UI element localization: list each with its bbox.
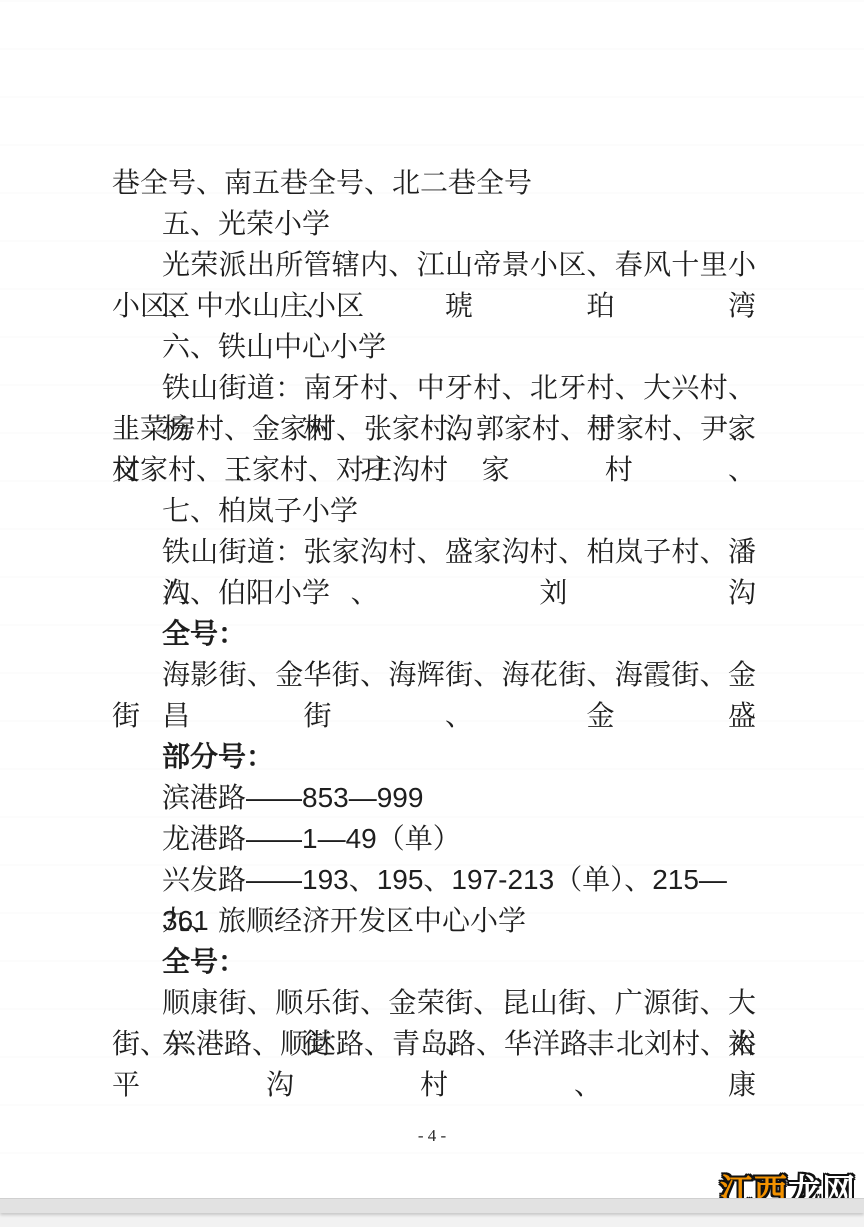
page-number: - 4 - (0, 1126, 864, 1146)
text-line: 铁山街道：张家沟村、盛家沟村、柏岚子村、潘沟、刘沟 (112, 531, 756, 572)
text-line: 海影街、金华街、海辉街、海花街、海霞街、金昌街、金盛 (112, 654, 756, 695)
text-line: 韭菜房村、金家村、张家村、郭家村、于家村、尹家村、刁家村、 (112, 408, 756, 449)
text-line: 铁山街道：南牙村、中牙村、北牙村、大兴村、杨树沟村、 (112, 367, 756, 408)
page-bottom-edge (0, 1198, 864, 1213)
document-body: 巷全号、南五巷全号、北二巷全号五、光荣小学光荣派出所管辖内、江山帝景小区、春风十… (112, 162, 756, 1064)
text-line: 全号： (112, 941, 756, 982)
text-line: 光荣派出所管辖内、江山帝景小区、春风十里小区、琥珀湾 (112, 244, 756, 285)
text-line: 五、光荣小学 (112, 203, 756, 244)
text-line: 顺康街、顺乐街、金荣街、昆山街、广源街、大东街、丰裕 (112, 982, 756, 1023)
text-line: 街、兴港路、顺达路、青岛路、华洋路、北刘村、太平沟村、康 (112, 1023, 756, 1064)
text-line: 滨港路——853—999 (112, 777, 756, 818)
text-line: 七、柏岚子小学 (112, 490, 756, 531)
text-line: 兴发路——193、195、197-213（单）、215—361 (112, 859, 756, 900)
text-line: 六、铁山中心小学 (112, 326, 756, 367)
text-line: 龙港路——1—49（单） (112, 818, 756, 859)
text-line: 部分号： (112, 736, 756, 777)
document-page: 巷全号、南五巷全号、北二巷全号五、光荣小学光荣派出所管辖内、江山帝景小区、春风十… (0, 0, 864, 1213)
text-line: 九、旅顺经济开发区中心小学 (112, 900, 756, 941)
text-line: 全号： (112, 613, 756, 654)
text-line: 巷全号、南五巷全号、北二巷全号 (112, 162, 756, 203)
